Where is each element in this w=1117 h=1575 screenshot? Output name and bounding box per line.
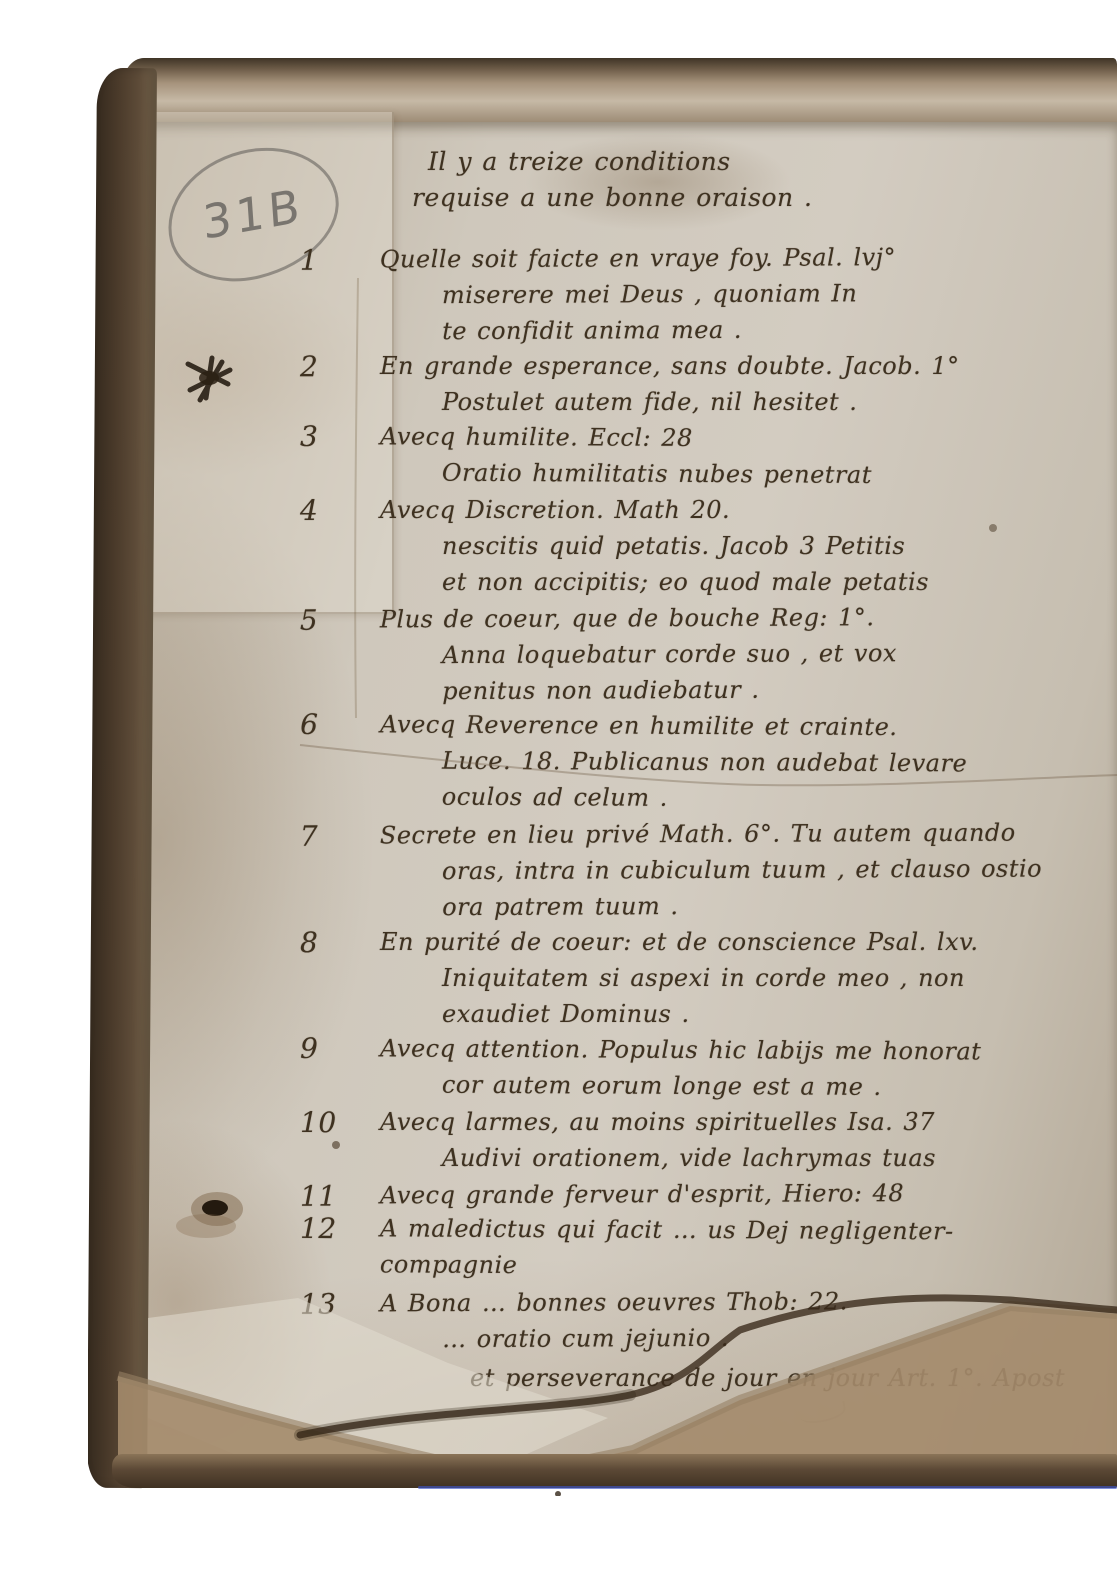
text-line: ora patrem tuum .	[442, 886, 1100, 925]
scan-blue-fringe	[418, 1486, 1117, 1489]
item-number: 13	[300, 1287, 337, 1323]
title-line-2: requise a une bonne oraison .	[412, 180, 1100, 216]
text-line: Avecq humilite. Eccl: 28	[380, 418, 1100, 458]
item-number: 10	[300, 1105, 337, 1141]
list-item: 2En grande esperance, sans doubte. Jacob…	[300, 348, 1100, 420]
text-line: Audivi orationem, vide lachrymas tuas	[442, 1140, 1100, 1176]
list-item: 1Quelle soit faicte en vraye foy. Psal. …	[300, 238, 1100, 349]
text-line: Secrete en lieu privé Math. 6°. Tu autem…	[380, 814, 1100, 853]
text-line: penitus non audiebatur .	[442, 670, 1100, 709]
text-line: Iniquitatem si aspexi in corde meo , non	[442, 960, 1100, 996]
faint-ink-smudge	[799, 1401, 847, 1425]
list-item: 3Avecq humilite. Eccl: 28Oratio humilita…	[300, 418, 1100, 494]
manuscript-book: 31B Il y a treize conditions requise a u…	[88, 58, 1117, 1496]
text-line: oras, intra in cubiculum tuum , et claus…	[442, 850, 1100, 889]
item-number: 4	[300, 493, 318, 529]
text-line: A maledictus qui facit … us Dej negligen…	[380, 1210, 1100, 1250]
text-line: Quelle soit faicte en vraye foy. Psal. l…	[380, 238, 1100, 277]
text-line: te confidit anima mea .	[442, 310, 1100, 349]
item-number: 6	[300, 707, 319, 743]
text-line: exaudiet Dominus .	[442, 996, 1100, 1032]
text-line: En purité de coeur: et de conscience Psa…	[380, 924, 1100, 960]
list-item: 4Avecq Discretion. Math 20.nescitis quid…	[300, 492, 1100, 600]
list-item: 8En purité de coeur: et de conscience Ps…	[300, 924, 1100, 1032]
list-item: 12A maledictus qui facit … us Dej neglig…	[300, 1210, 1100, 1286]
text-line: Anna loquebatur corde suo , et vox	[442, 634, 1100, 673]
item-number: 7	[300, 819, 318, 855]
text-line: Plus de coeur, que de bouche Reg: 1°.	[380, 598, 1100, 637]
item-number: 1	[300, 243, 318, 279]
text-line: Avecq attention. Populus hic labijs me h…	[380, 1030, 1100, 1070]
text-line: … oratio cum jejunio .	[442, 1318, 1100, 1357]
handwritten-text: Il y a treize conditions requise a une b…	[300, 144, 1100, 1432]
text-line: Avecq Reverence en humilite et crainte.	[380, 706, 1100, 746]
text-line: et non accipitis; eo quod male petatis	[442, 564, 1100, 600]
footer-block: et perseverance de jour en jour Art. 1°.…	[470, 1360, 1100, 1432]
bottom-board-edge	[112, 1454, 1117, 1488]
items-list: 1Quelle soit faicte en vraye foy. Psal. …	[300, 240, 1100, 1356]
text-line: Avecq Discretion. Math 20.	[380, 492, 1100, 528]
list-item: 6Avecq Reverence en humilite et crainte.…	[300, 706, 1101, 818]
text-line: Avecq larmes, au moins spirituelles Isa.…	[380, 1104, 1100, 1140]
item-number: 2	[300, 349, 318, 385]
footer-line-1: et perseverance de jour en jour Art. 1°.…	[470, 1360, 1100, 1396]
text-line: Avecq grande ferveur d'esprit, Hiero: 48	[380, 1174, 1100, 1213]
text-line: nescitis quid petatis. Jacob 3 Petitis	[442, 528, 1100, 564]
item-number: 12	[300, 1211, 337, 1247]
list-item: 11Avecq grande ferveur d'esprit, Hiero: …	[300, 1174, 1100, 1213]
list-item: 9Avecq attention. Populus hic labijs me …	[300, 1030, 1100, 1106]
text-line: Oratio humilitatis nubes penetrat	[442, 455, 1100, 494]
title-line-1: Il y a treize conditions	[428, 144, 1100, 180]
shelfmark-text: 31B	[201, 178, 305, 250]
text-line: En grande esperance, sans doubte. Jacob.…	[380, 348, 1100, 384]
left-leather-edge	[88, 68, 157, 1488]
list-item: 10Avecq larmes, au moins spirituelles Is…	[300, 1104, 1100, 1176]
text-line: compagnie	[380, 1246, 1100, 1286]
photo-of-manuscript: { "manuscript": { "shelf_mark": "31B", "…	[0, 0, 1117, 1575]
list-item: 7Secrete en lieu privé Math. 6°. Tu aute…	[300, 814, 1100, 925]
text-line: oculos ad celum .	[442, 779, 1100, 818]
text-line: A Bona … bonnes oeuvres Thob: 22.	[380, 1282, 1100, 1321]
item-number: 9	[300, 1031, 319, 1067]
text-line: Postulet autem fide, nil hesitet .	[442, 384, 1100, 420]
text-line: miserere mei Deus , quoniam In	[442, 274, 1100, 313]
title-block: Il y a treize conditions requise a une b…	[428, 144, 1100, 216]
list-item: 13A Bona … bonnes oeuvres Thob: 22.… ora…	[300, 1282, 1100, 1357]
text-line: Luce. 18. Publicanus non audebat levare	[442, 743, 1100, 782]
item-number: 3	[300, 419, 319, 455]
item-number: 5	[300, 603, 318, 639]
list-item: 5Plus de coeur, que de bouche Reg: 1°.An…	[300, 598, 1100, 709]
item-number: 8	[300, 925, 318, 961]
text-line: cor autem eorum longe est a me .	[442, 1067, 1100, 1106]
